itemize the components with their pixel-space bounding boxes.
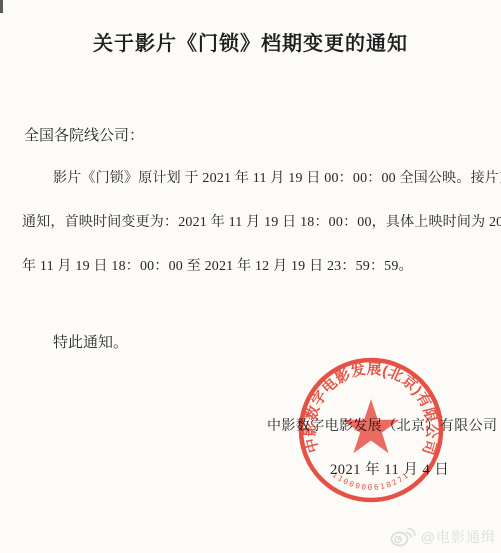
scan-artifact bbox=[0, 0, 3, 13]
salutation: 全国各院线公司： bbox=[24, 124, 144, 145]
closing-phrase: 特此通知。 bbox=[53, 331, 128, 352]
scanned-notice-document: 关于影片《门锁》档期变更的通知 全国各院线公司： 影片《门锁》原计划 于 202… bbox=[0, 0, 501, 553]
body-line-1: 影片《门锁》原计划 于 2021 年 11 月 19 日 00：00：00 全国… bbox=[53, 167, 501, 187]
document-title: 关于影片《门锁》档期变更的通知 bbox=[0, 27, 501, 56]
signer-company: 中影数字电影发展（北京）有限公司 bbox=[267, 415, 497, 435]
seal-company-text: 中影数字电影发展(北京)有限公司 bbox=[301, 360, 441, 457]
watermark-handle: @电影通缉 bbox=[421, 527, 496, 547]
watermark: @电影通缉 bbox=[390, 526, 496, 547]
body-line-3: 年 11 月 19 日 18：00：00 至 2021 年 12 月 19 日 … bbox=[22, 255, 413, 275]
body-line-2: 通知，首映时间变更为：2021 年 11 月 19 日 18：00：00，具体上… bbox=[22, 211, 501, 231]
weibo-icon bbox=[390, 526, 416, 547]
document-date: 2021 年 11 月 4 日 bbox=[330, 458, 449, 479]
